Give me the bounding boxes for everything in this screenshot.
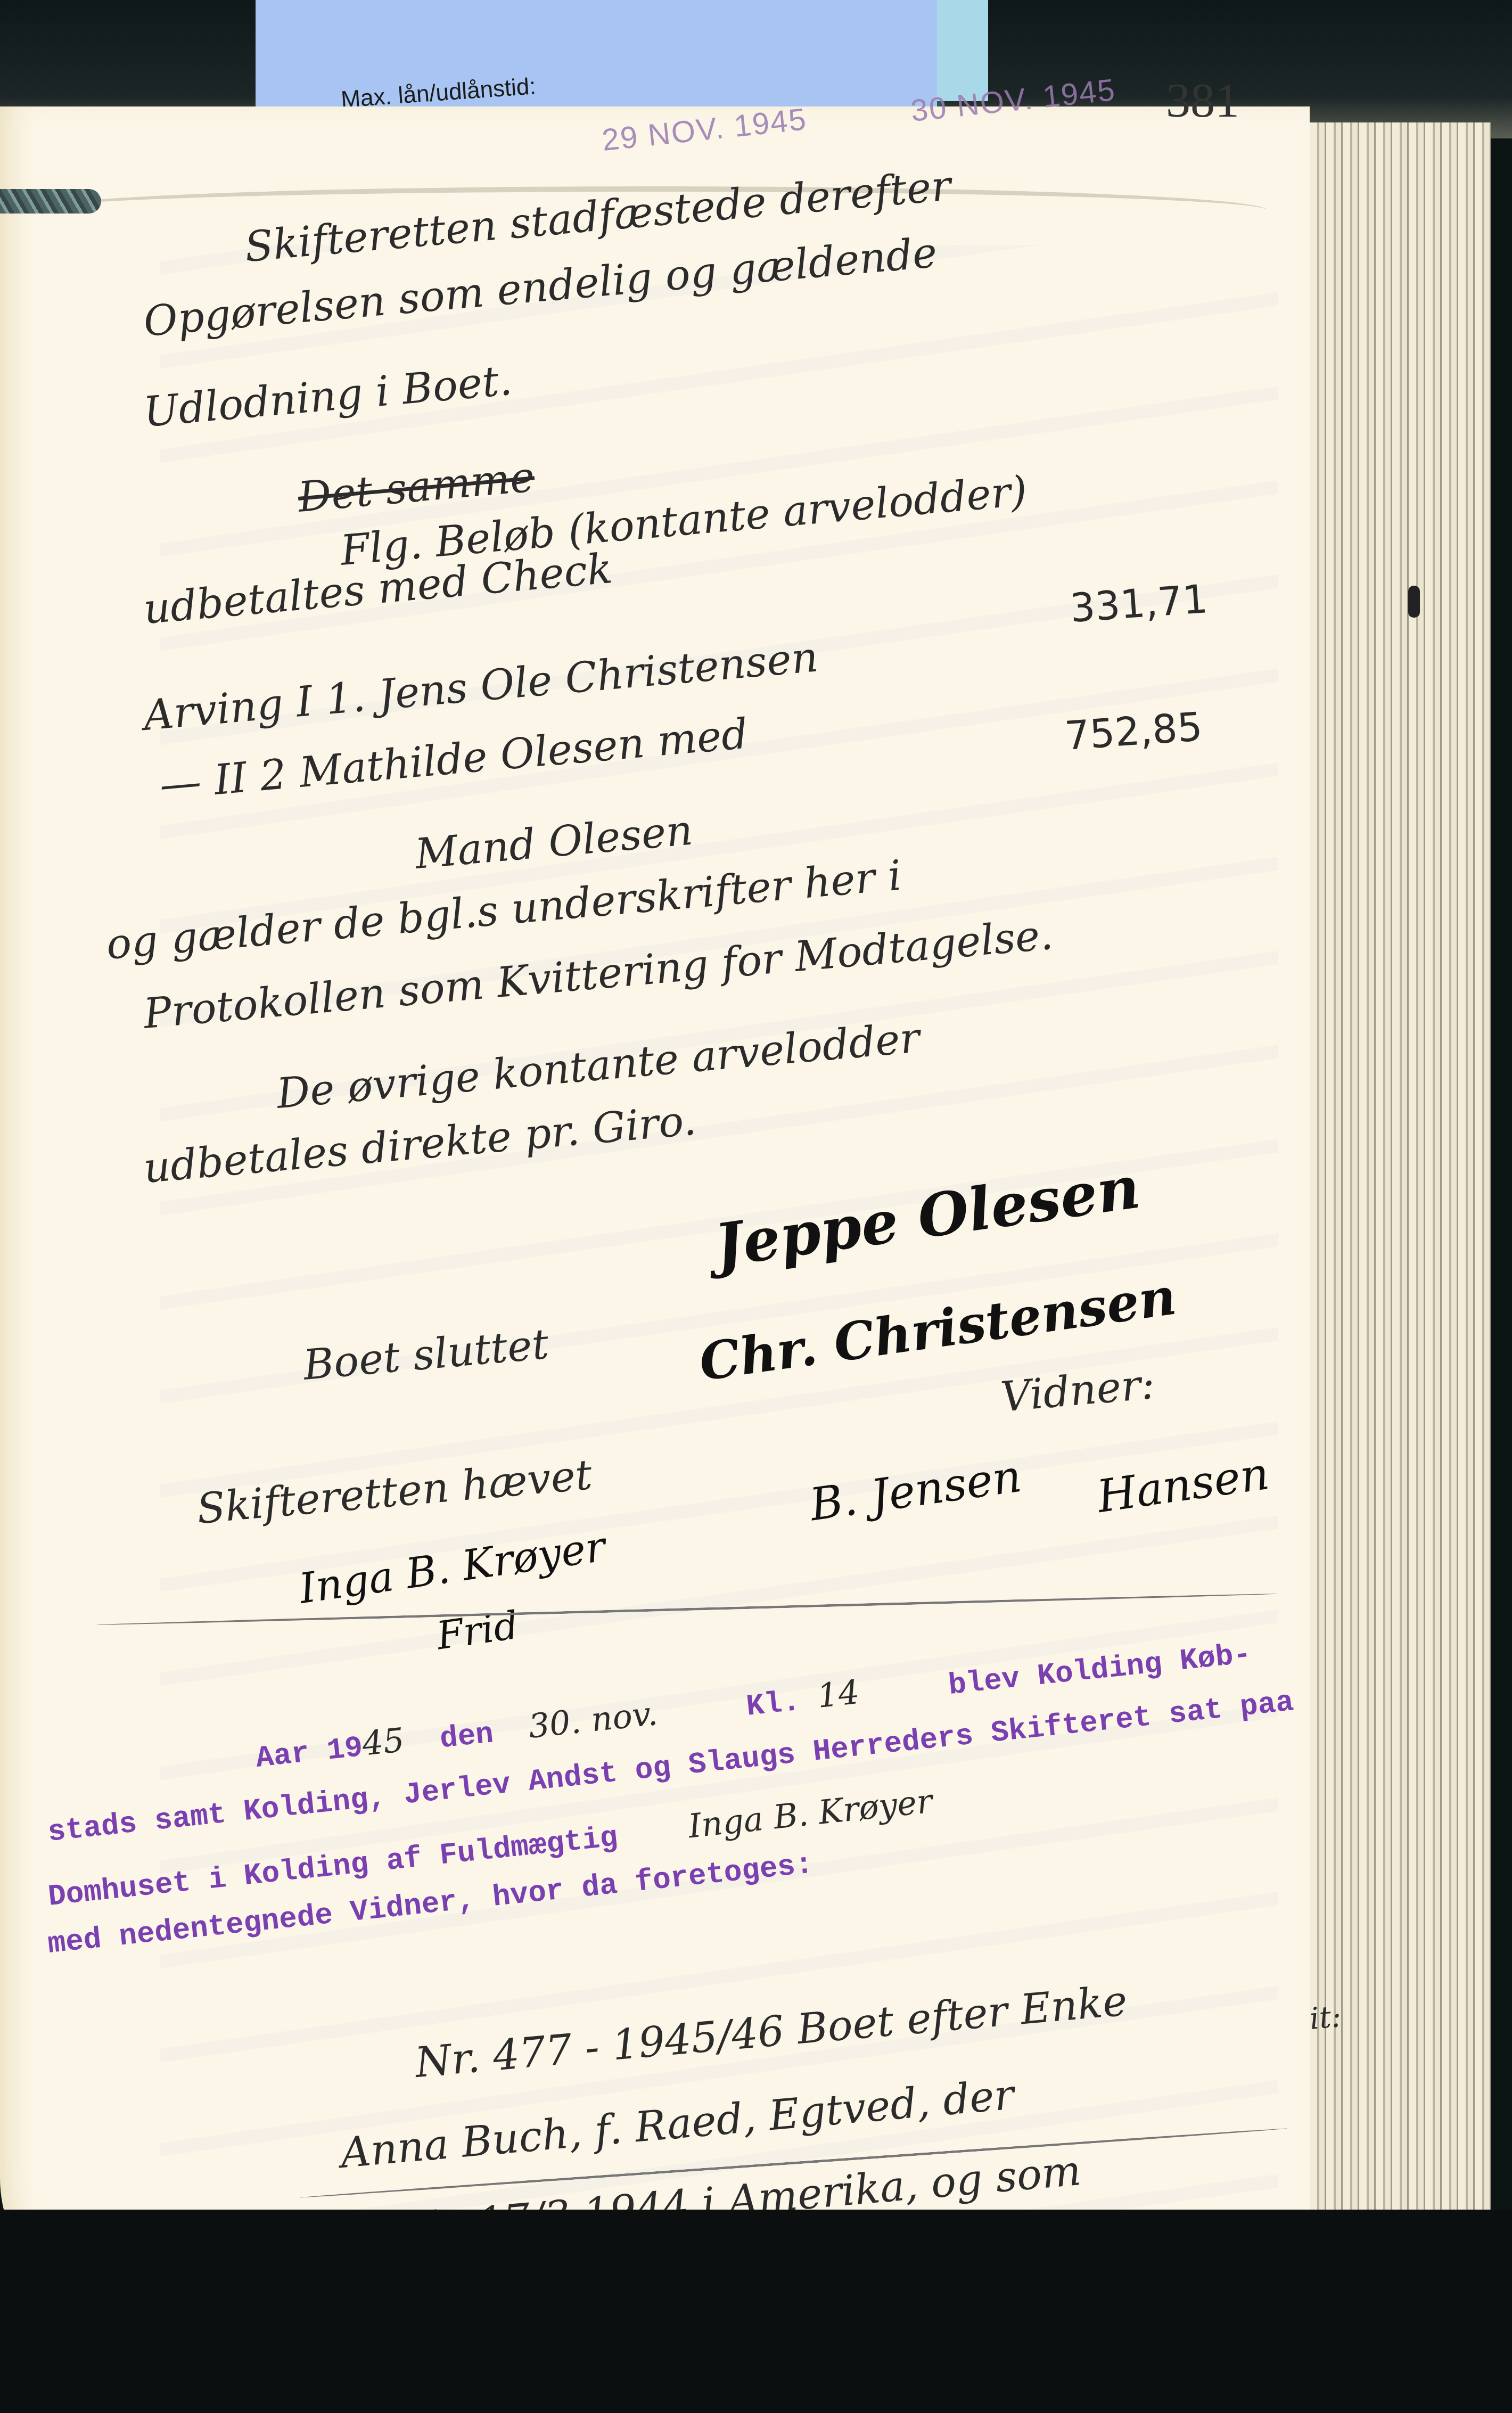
year-fill: 45	[360, 1720, 406, 1763]
page-edges	[1310, 122, 1491, 2226]
hour-fill: 14	[816, 1672, 861, 1716]
bookmark-cord-icon	[0, 189, 101, 214]
photo-backdrop-bottom	[0, 2210, 1512, 2413]
ink-mark	[1408, 586, 1420, 618]
amount-arving-1: 331,71	[1069, 576, 1209, 631]
amount-arving-2: 752,85	[1063, 704, 1204, 759]
margin-fragment: it:	[1308, 1999, 1343, 2037]
page-number: 381	[1166, 72, 1239, 128]
